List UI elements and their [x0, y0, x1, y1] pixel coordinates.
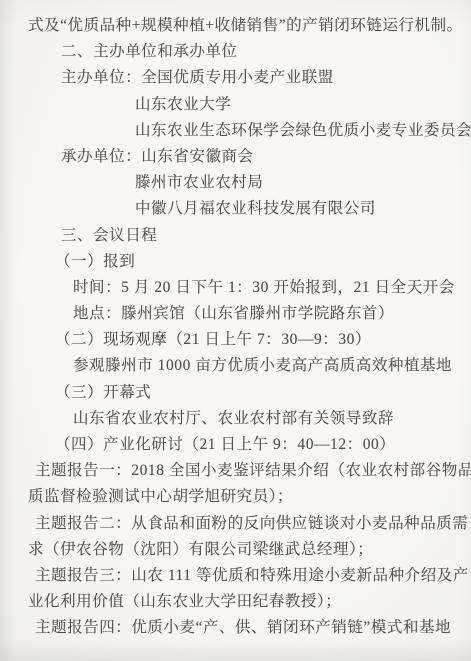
document-line: 山东农业大学 — [28, 92, 465, 118]
document-line: 业化利用价值（山东农业大学田纪春教授）； — [28, 589, 465, 615]
document-line: 求（伊农谷物（沈阳）有限公司梁继武总经理）； — [28, 537, 465, 563]
document-line: （三）开幕式 — [28, 380, 465, 406]
document-line: 山东农业生态环保学会绿色优质小麦专业委员会 — [28, 118, 465, 144]
document-line: 质监督检验测试中心胡学旭研究员）； — [28, 484, 465, 510]
document-line: 中徽八月福农业科技发展有限公司 — [28, 196, 465, 222]
document-line: 时间：5 月 20 日下午 1：30 开始报到，21 日全天开会 — [28, 275, 465, 301]
document-line: 承办单位：山东省安徽商会 — [28, 144, 465, 170]
document-text-block: 式及“优质品种+规模种植+收储销售”的产销闭环链运行机制。二、主办单位和承办单位… — [28, 13, 465, 642]
document-line: 参观滕州市 1000 亩方优质小麦高产高质高效种植基地 — [28, 353, 465, 379]
document-line: （四）产业化研讨（21 日上午 9：40—12：00） — [28, 432, 465, 458]
document-line: 滕州市农业农村局 — [28, 170, 465, 196]
document-line: 三、会议日程 — [28, 223, 465, 249]
document-line: 主办单位：全国优质专用小麦产业联盟 — [28, 65, 465, 91]
document-line: 主题报告一：2018 全国小麦鉴评结果介绍（农业农村部谷物品 — [28, 458, 465, 484]
document-line: 主题报告二：从食品和面粉的反向供应链谈对小麦品种品质需 — [28, 511, 465, 537]
document-line: 主题报告四：优质小麦“产、供、销闭环产销链”模式和基地 — [28, 615, 465, 641]
document-line: 山东省农业农村厅、农业农村部有关领导致辞 — [28, 406, 465, 432]
document-line: 地点：滕州宾馆（山东省滕州市学院路东首） — [28, 301, 465, 327]
document-line: 二、主办单位和承办单位 — [28, 39, 465, 65]
document-line: 主题报告三：山农 111 等优质和特殊用途小麦新品种介绍及产 — [28, 563, 465, 589]
document-line: （一）报到 — [28, 249, 465, 275]
document-line: （二）现场观摩（21 日上午 7：30—9：30） — [28, 327, 465, 353]
document-page: 式及“优质品种+规模种植+收储销售”的产销闭环链运行机制。二、主办单位和承办单位… — [0, 0, 471, 661]
document-line: 式及“优质品种+规模种植+收储销售”的产销闭环链运行机制。 — [28, 13, 465, 39]
